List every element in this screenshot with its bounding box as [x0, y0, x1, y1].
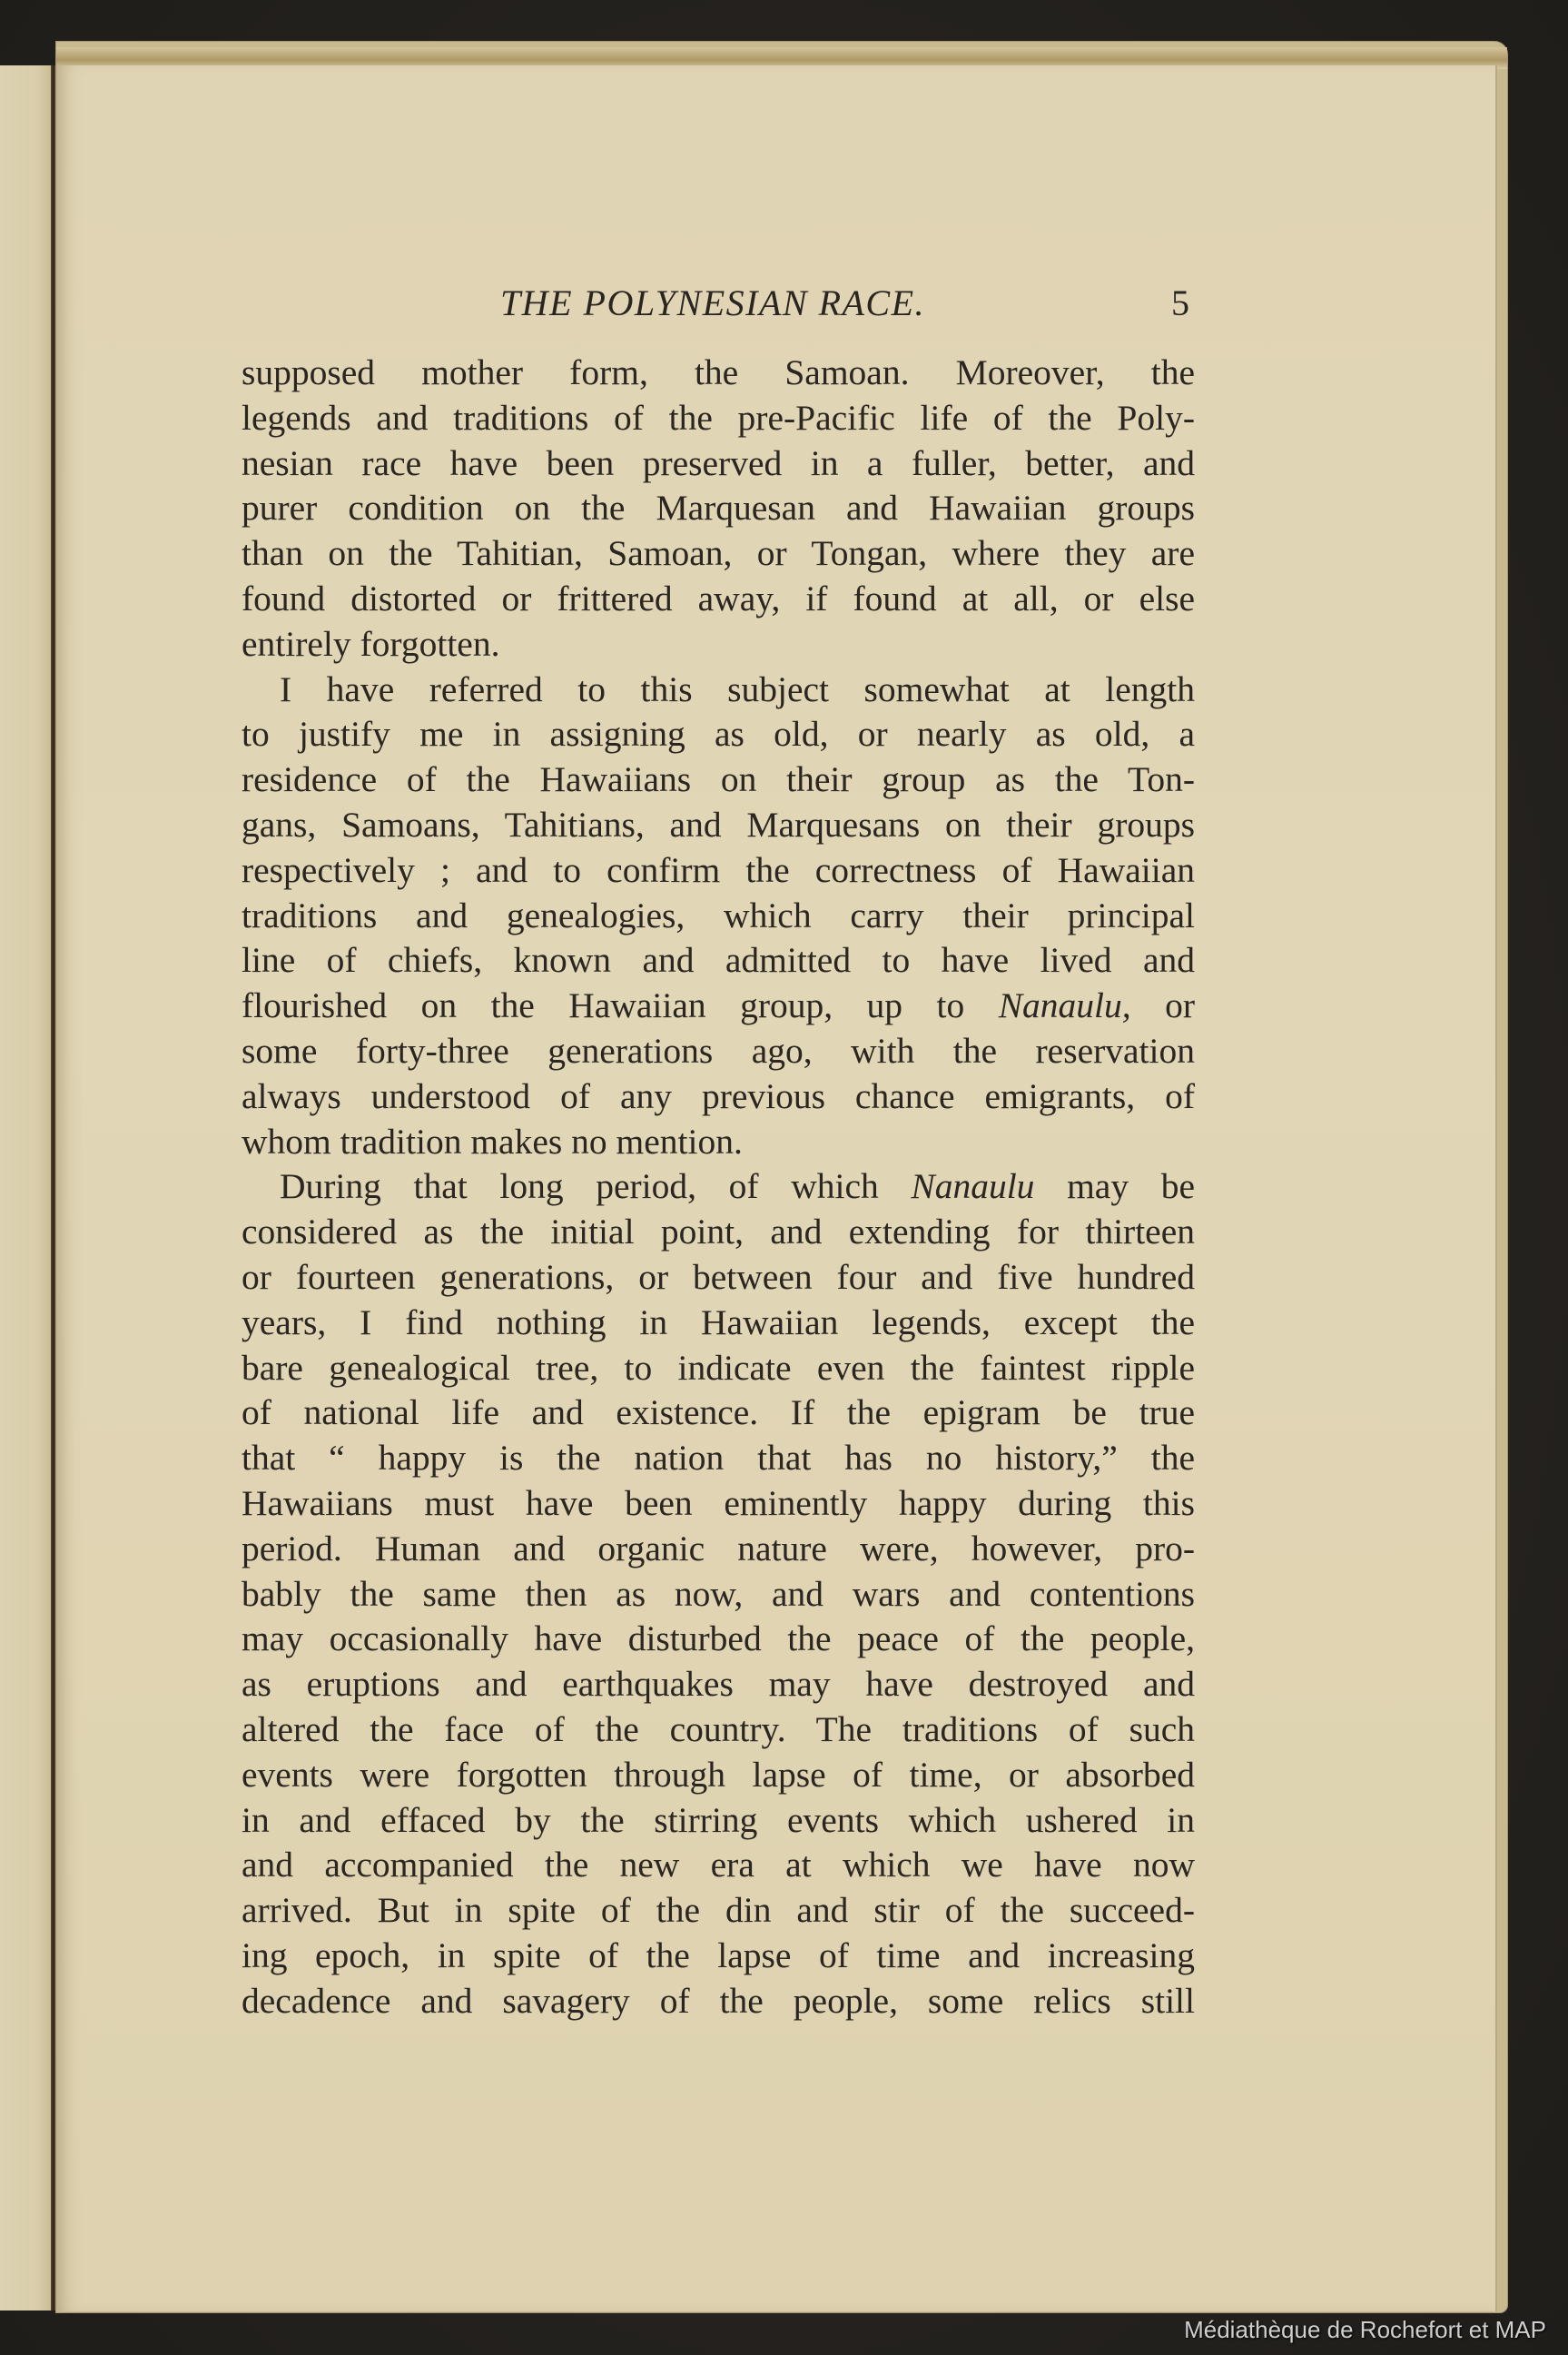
text-run: may be	[1034, 1166, 1195, 1206]
text-line: gans, Samoans, Tahitians, and Marquesans…	[242, 803, 1195, 848]
text-line: entirely forgotten.	[242, 622, 1195, 668]
body-text: supposed mother form, the Samoan. Moreov…	[242, 351, 1195, 2024]
text-line: Hawaiians must have been eminently happy…	[242, 1481, 1195, 1527]
text-line: whom tradition makes no mention.	[242, 1120, 1195, 1165]
text-line: nesian race have been preserved in a ful…	[242, 441, 1195, 487]
page-number: 5	[1171, 282, 1189, 324]
text-line: During that long period, of which Nanaul…	[242, 1164, 1195, 1210]
text-line: or fourteen generations, or between four…	[242, 1255, 1195, 1301]
text-line: some forty-three generations ago, with t…	[242, 1029, 1195, 1074]
facing-page-edge	[0, 65, 53, 2310]
text-line: respectively ; and to confirm the correc…	[242, 848, 1195, 894]
italic-name: Nanaulu	[911, 1166, 1034, 1206]
text-line: considered as the initial point, and ext…	[242, 1210, 1195, 1255]
text-line: flourished on the Hawaiian group, up to …	[242, 984, 1195, 1029]
text-line: found distorted or frittered away, if fo…	[242, 577, 1195, 622]
text-line: of national life and existence. If the e…	[242, 1390, 1195, 1436]
text-line: in and effaced by the stirring events wh…	[242, 1798, 1195, 1844]
text-line: may occasionally have disturbed the peac…	[242, 1617, 1195, 1662]
text-line: years, I find nothing in Hawaiian legend…	[242, 1301, 1195, 1346]
text-line: bare genealogical tree, to indicate even…	[242, 1346, 1195, 1391]
text-line: ing epoch, in spite of the lapse of time…	[242, 1934, 1195, 1979]
text-run: or	[1131, 985, 1195, 1025]
text-line: events were forgotten through lapse of t…	[242, 1753, 1195, 1798]
text-line: as eruptions and earthquakes may have de…	[242, 1662, 1195, 1707]
text-line: bably the same then as now, and wars and…	[242, 1572, 1195, 1618]
text-line: line of chiefs, known and admitted to ha…	[242, 938, 1195, 984]
text-line: residence of the Hawaiians on their grou…	[242, 757, 1195, 803]
text-line: supposed mother form, the Samoan. Moreov…	[242, 351, 1195, 396]
italic-name: Nanaulu,	[999, 985, 1131, 1025]
text-line: traditions and genealogies, which carry …	[242, 894, 1195, 939]
text-line: purer condition on the Marquesan and Haw…	[242, 486, 1195, 531]
text-line: arrived. But in spite of the din and sti…	[242, 1888, 1195, 1934]
text-line: than on the Tahitian, Samoan, or Tongan,…	[242, 531, 1195, 577]
text-line: and accompanied the new era at which we …	[242, 1843, 1195, 1888]
text-run: During that long period, of which	[280, 1166, 911, 1206]
text-run: flourished on the Hawaiian group, up to	[242, 985, 999, 1025]
text-line: altered the face of the country. The tra…	[242, 1707, 1195, 1753]
text-line: always understood of any previous chance…	[242, 1074, 1195, 1120]
library-watermark: Médiathèque de Rochefort et MAP	[1184, 2316, 1546, 2344]
text-line: to justify me in assigning as old, or ne…	[242, 712, 1195, 757]
text-line: I have referred to this subject somewhat…	[242, 668, 1195, 713]
text-line: legends and traditions of the pre-Pacifi…	[242, 396, 1195, 441]
running-head: THE POLYNESIAN RACE.	[472, 282, 953, 324]
text-line: period. Human and organic nature were, h…	[242, 1527, 1195, 1572]
text-line: decadence and savagery of the people, so…	[242, 1979, 1195, 2024]
text-line: that “ happy is the nation that has no h…	[242, 1436, 1195, 1481]
